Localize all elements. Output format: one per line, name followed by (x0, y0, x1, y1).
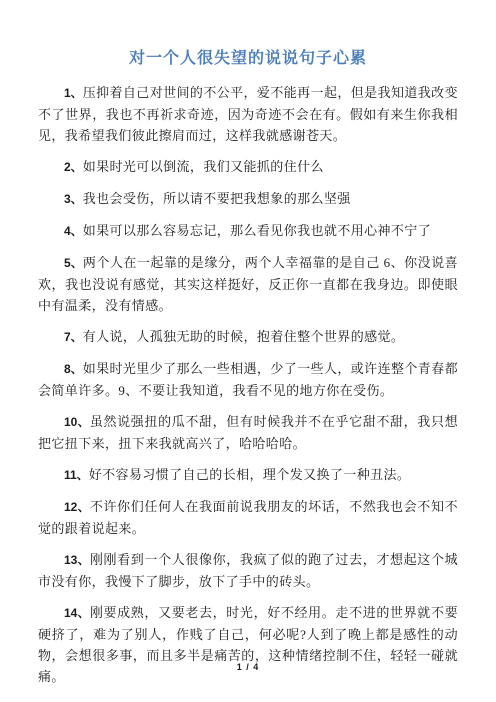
paragraph: 12、不许你们任何人在我面前说我朋友的坏话，不然我也会不知不觉的跟着说起来。 (38, 496, 458, 539)
paragraph: 7、有人说，人孤独无助的时候，抱着住整个世界的感觉。 (38, 326, 458, 348)
paragraph: 8、如果时光里少了那么一些相遇，少了一些人，或许连整个青春都会简单许多。9、不要… (38, 358, 458, 401)
paragraph: 11、好不容易习惯了自己的长相，理个发又换了一种丑法。 (38, 464, 458, 486)
paragraph-text: 刚要成熟，又要老去，时光，好不经用。走不进的世界就不要硬挤了，难为了别人，作贱了… (38, 605, 458, 684)
paragraph-number: 12、 (64, 500, 90, 514)
paragraph-number: 5、 (64, 256, 83, 270)
paragraph-text: 虽然说强扭的瓜不甜，但有时候我并不在乎它甜不甜，我只想把它扭下来，扭下来我就高兴… (38, 414, 458, 451)
paragraph-text: 如果可以那么容易忘记，那么看见你我也就不用心神不宁了 (83, 223, 431, 238)
paragraph: 1、压抑着自己对世间的不公平，爱不能再一起，但是我知道我改变不了世界，我也不再祈… (38, 82, 458, 146)
paragraph-text: 有人说，人孤独无助的时候，抱着住整个世界的感觉。 (83, 329, 405, 344)
paragraph-text: 两个人在一起靠的是缘分，两个人幸福靠的是自己 6、你没说喜欢，我也没说有感觉，其… (38, 255, 458, 313)
paragraph: 3、我也会受伤，所以请不要把我想象的那么坚强 (38, 188, 458, 210)
page-title: 对一个人很失望的说说句子心累 (38, 48, 458, 70)
paragraph: 2、如果时光可以倒流，我们又能抓的住什么 (38, 156, 458, 178)
paragraph-list: 1、压抑着自己对世间的不公平，爱不能再一起，但是我知道我改变不了世界，我也不再祈… (38, 82, 458, 687)
paragraph: 10、虽然说强扭的瓜不甜，但有时候我并不在乎它甜不甜，我只想把它扭下来，扭下来我… (38, 411, 458, 454)
paragraph-number: 14、 (64, 606, 90, 620)
paragraph-text: 如果时光可以倒流，我们又能抓的住什么 (83, 159, 324, 174)
paragraph-number: 4、 (64, 224, 83, 238)
paragraph-text: 好不容易习惯了自己的长相，理个发又换了一种丑法。 (89, 467, 411, 482)
paragraph: 13、刚刚看到一个人很像你，我疯了似的跑了过去，才想起这个城市没有你，我慢下了脚… (38, 549, 458, 592)
paragraph-number: 11、 (64, 468, 89, 482)
paragraph: 5、两个人在一起靠的是缘分，两个人幸福靠的是自己 6、你没说喜欢，我也没说有感觉… (38, 252, 458, 316)
paragraph-number: 13、 (64, 553, 90, 567)
paragraph-number: 10、 (64, 415, 90, 429)
paragraph: 4、如果可以那么容易忘记，那么看见你我也就不用心神不宁了 (38, 220, 458, 242)
paragraph-text: 压抑着自己对世间的不公平，爱不能再一起，但是我知道我改变不了世界，我也不再祈求奇… (38, 85, 458, 143)
paragraph-number: 3、 (64, 192, 83, 206)
paragraph-number: 2、 (64, 160, 83, 174)
paragraph-text: 我也会受伤，所以请不要把我想象的那么坚强 (83, 191, 351, 206)
paragraph-number: 7、 (64, 330, 83, 344)
paragraph: 14、刚要成熟，又要老去，时光，好不经用。走不进的世界就不要硬挤了，难为了别人，… (38, 602, 458, 687)
document-page: 对一个人很失望的说说句子心累 1、压抑着自己对世间的不公平，爱不能再一起，但是我… (0, 0, 496, 702)
page-number: 1 / 4 (0, 662, 496, 672)
paragraph-number: 1、 (64, 86, 83, 100)
paragraph-text: 刚刚看到一个人很像你，我疯了似的跑了过去，才想起这个城市没有你，我慢下了脚步，放… (38, 552, 458, 589)
paragraph-number: 8、 (64, 362, 83, 376)
paragraph-text: 如果时光里少了那么一些相遇，少了一些人，或许连整个青春都会简单许多。9、不要让我… (38, 361, 458, 398)
paragraph-text: 不许你们任何人在我面前说我朋友的坏话，不然我也会不知不觉的跟着说起来。 (38, 499, 458, 536)
